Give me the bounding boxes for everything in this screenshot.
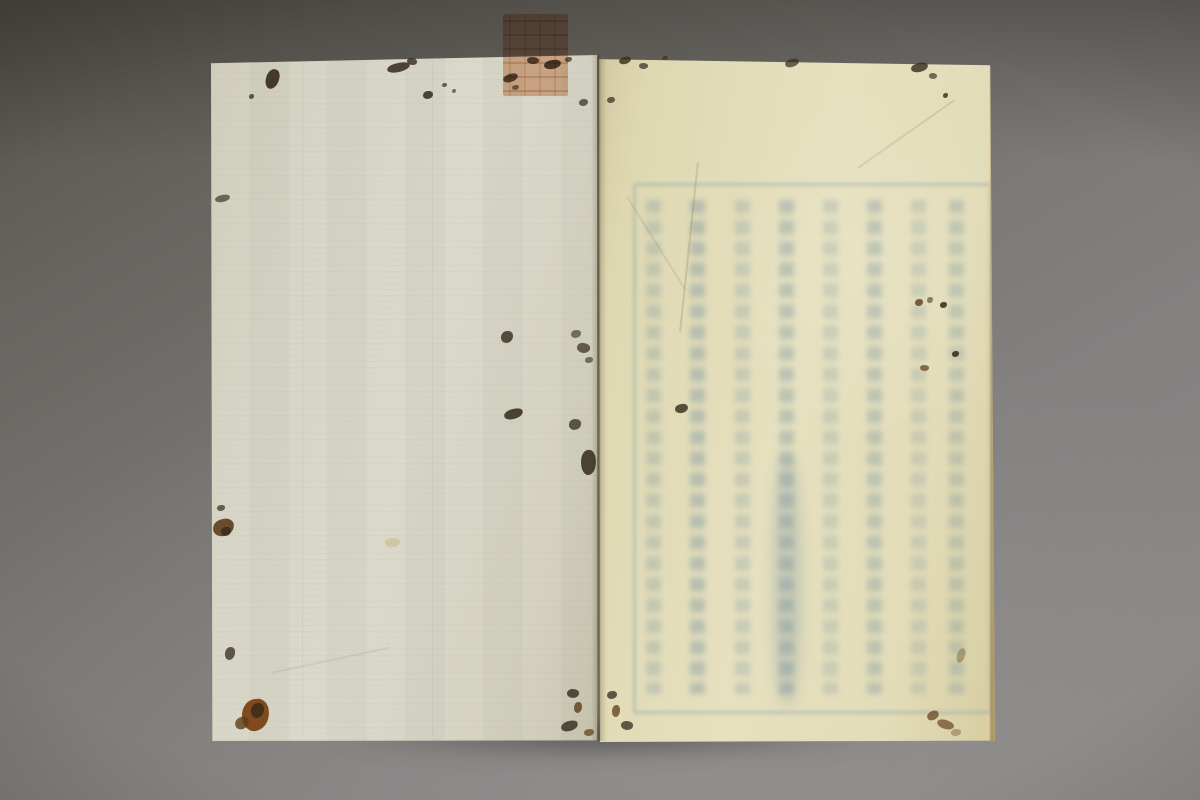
foxing-speck: [662, 56, 668, 60]
paper-label: [503, 14, 568, 96]
book-gutter-crease: [591, 55, 607, 741]
left-page: [211, 55, 597, 741]
photograph-of-open-book: [0, 0, 1200, 800]
right-page: [599, 55, 995, 742]
